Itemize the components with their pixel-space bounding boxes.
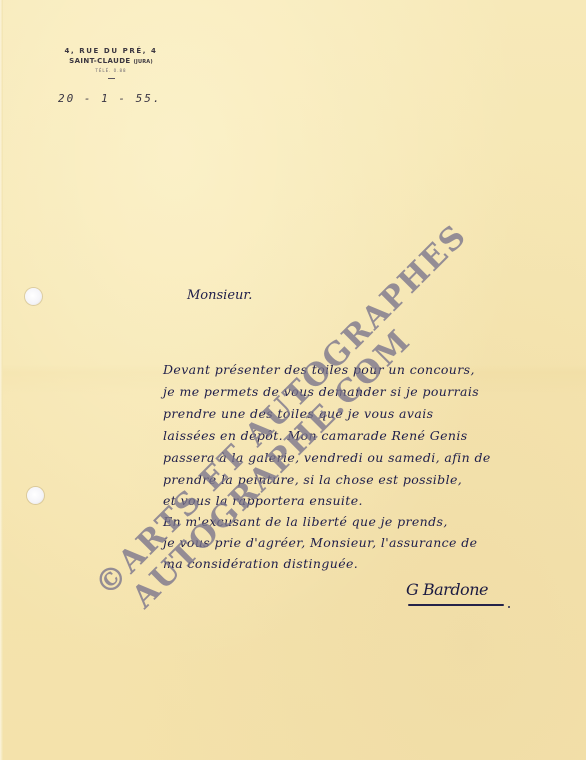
punch-hole-bottom xyxy=(27,487,44,504)
letterhead-divider xyxy=(108,78,115,79)
letter-date: 20 - 1 - 55. xyxy=(58,92,161,105)
letterhead: 4, RUE DU PRÉ, 4 SAINT-CLAUDE (JURA) TÉL… xyxy=(56,46,166,79)
letterhead-city-name: SAINT-CLAUDE xyxy=(69,57,130,65)
letterhead-city: SAINT-CLAUDE (JURA) xyxy=(56,56,166,67)
letterhead-street: 4, RUE DU PRÉ, 4 xyxy=(56,46,166,56)
letterhead-telephone: TÉLÉ. 0.88 xyxy=(56,67,166,75)
letterhead-region: (JURA) xyxy=(133,59,152,65)
paper-edge xyxy=(0,0,3,760)
signature-underline xyxy=(408,604,504,606)
signature-dot xyxy=(508,606,510,608)
salutation: Monsieur. xyxy=(187,288,252,303)
signature: G Bardone xyxy=(406,580,488,599)
punch-hole-top xyxy=(25,288,42,305)
